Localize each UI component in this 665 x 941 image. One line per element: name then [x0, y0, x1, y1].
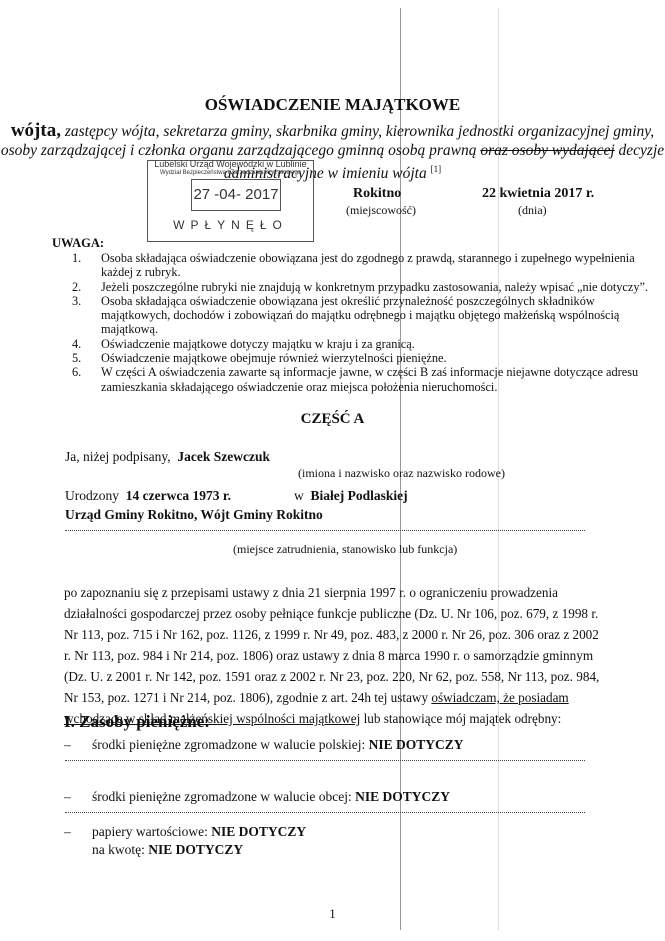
received-stamp: Lubelski Urząd Wojewódzki w Lublinie Wyd… [147, 160, 314, 242]
born-line: Urodzony 14 czerwca 1973 r. [65, 488, 231, 504]
born-place-line: w Białej Podlaskiej [294, 488, 408, 504]
note-item: 4.Oświadczenie majątkowe dotyczy majątku… [50, 337, 650, 351]
dotted-line [65, 528, 585, 531]
notes-heading: UWAGA: [52, 236, 104, 251]
note-item: 2.Jeżeli poszczególne rubryki nie znajdu… [50, 280, 650, 294]
subtitle-lead: wójta, [11, 120, 61, 141]
dotted-line [65, 810, 585, 813]
born-date: 14 czerwca 1973 r. [126, 488, 231, 503]
subtitle-struck-text: oraz osoby wydającej [480, 142, 614, 159]
employment: Urząd Gminy Rokitno, Wójt Gminy Rokitno [65, 507, 323, 523]
amount-line: na kwotę: NIE DOTYCZY [92, 842, 243, 858]
stamp-office: Lubelski Urząd Wojewódzki w Lublinie [148, 159, 313, 169]
notes-list: 1.Osoba składająca oświadczenie obowiąza… [50, 251, 650, 394]
part-a-heading: CZĘŚĆ A [0, 411, 665, 428]
statement-paragraph: po zapoznaniu się z przepisami ustawy z … [64, 582, 604, 729]
page-number: 1 [0, 906, 665, 922]
section-1-heading: I. Zasoby pieniężne: [64, 712, 210, 732]
note-item: 6.W części A oświadczenia zawarte są inf… [50, 365, 650, 394]
note-item: 3.Osoba składająca oświadczenie obowiąza… [50, 294, 650, 337]
name-caption: (imiona i nazwisko oraz nazwisko rodowe) [298, 466, 505, 481]
section-1-item: –papiery wartościowe: NIE DOTYCZY [64, 824, 306, 840]
footnote-marker: [1] [431, 164, 442, 174]
section-1-item: –środki pieniężne zgromadzone w walucie … [64, 789, 450, 805]
note-item: 5.Oświadczenie majątkowe obejmuje równie… [50, 351, 650, 365]
note-item: 1.Osoba składająca oświadczenie obowiąza… [50, 251, 650, 280]
employment-caption: (miejsce zatrudnienia, stanowisko lub fu… [233, 542, 457, 557]
stamp-department: Wydział Bezpieczeństwa i Zarządzania Kry… [148, 170, 313, 176]
date-caption: (dnia) [518, 203, 547, 218]
signed-name: Jacek Szewczuk [177, 449, 270, 464]
dotted-line [65, 758, 585, 761]
document-title: OŚWIADCZENIE MAJĄTKOWE [0, 95, 665, 115]
date-value: 22 kwietnia 2017 r. [482, 186, 594, 202]
document-subtitle: wójta, zastępcy wójta, sekretarza gminy,… [0, 121, 665, 183]
signed-line: Ja, niżej podpisany, Jacek Szewczuk [65, 449, 270, 465]
born-place: Białej Podlaskiej [311, 488, 408, 503]
stamp-received: WPŁYNĘŁO [148, 218, 313, 232]
section-1-item: –środki pieniężne zgromadzone w walucie … [64, 737, 464, 753]
place-value: Rokitno [353, 186, 401, 202]
stamp-date: 27 -04- 2017 [191, 179, 281, 211]
place-caption: (miejscowość) [346, 203, 416, 218]
